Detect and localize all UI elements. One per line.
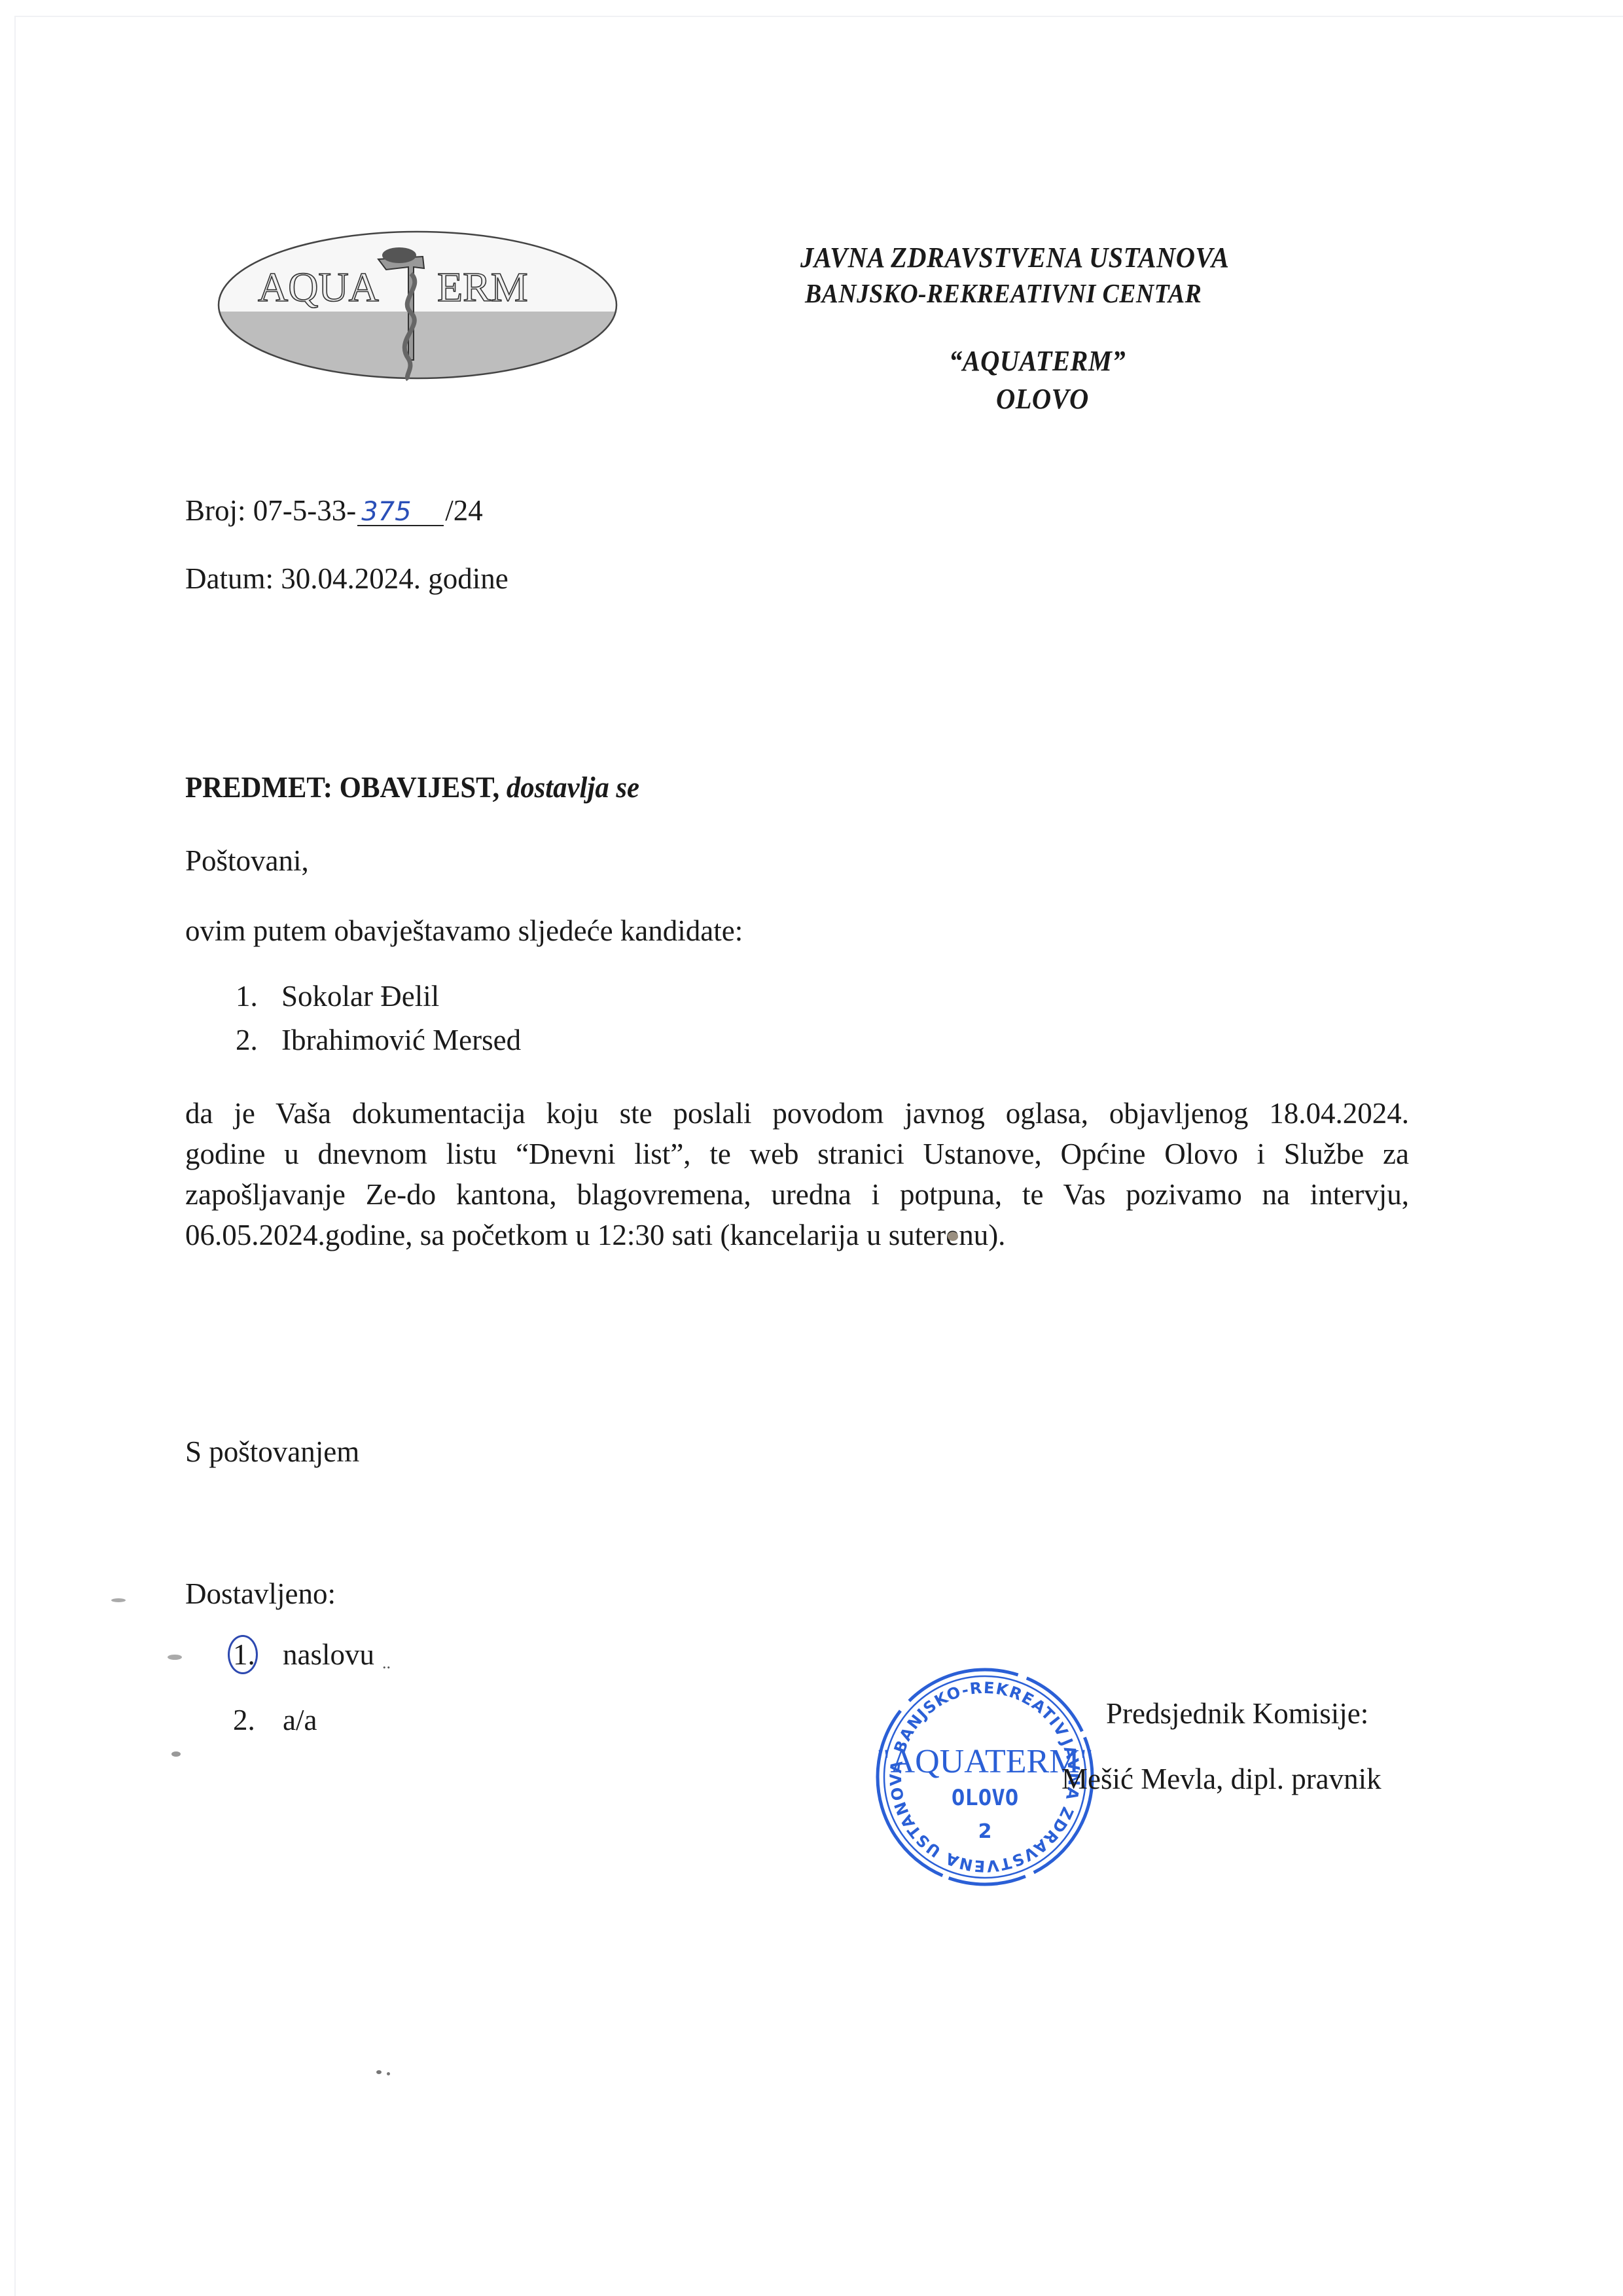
- list-item: 1. naslovu ..: [233, 1640, 391, 1706]
- delivered-label: Dostavljeno:: [185, 1579, 336, 1609]
- institution-line-1: JAVNA ZDRAVSTVENA USTANOVA: [800, 243, 1229, 272]
- reference-label: Broj: 07-5-33-: [185, 494, 356, 527]
- list-number: 2.: [233, 1706, 283, 1735]
- scan-speck: [948, 1232, 958, 1241]
- scan-speck: [387, 2072, 390, 2075]
- reference-number: Broj: 07-5-33-375/24: [185, 496, 483, 526]
- paragraph-line: godine u dnevnom listu “Dnevni list”, te…: [185, 1134, 1409, 1174]
- list-number: 1.: [233, 1640, 283, 1670]
- candidate-name: Sokolar Đelil: [281, 982, 439, 1026]
- list-number: 2.: [236, 1026, 281, 1069]
- list-item: 1. Sokolar Đelil: [236, 982, 521, 1026]
- intro-text: ovim putem obavještavamo sljedeće kandid…: [185, 916, 743, 946]
- candidate-list: 1. Sokolar Đelil 2. Ibrahimović Mersed: [236, 982, 521, 1069]
- stamp-city: OLOVO: [952, 1785, 1018, 1811]
- document-date: Datum: 30.04.2024. godine: [185, 564, 508, 594]
- scan-speck: [376, 2070, 382, 2074]
- paragraph-line: da je Vaša dokumentacija koju ste poslal…: [185, 1093, 1409, 1134]
- closing-text: S poštovanjem: [185, 1437, 359, 1467]
- handwritten-circle-mark: [228, 1635, 258, 1674]
- reference-suffix: /24: [445, 494, 483, 527]
- subject-line: PREDMET: OBAVIJEST, dostavlja se: [185, 772, 639, 802]
- paragraph-line: 06.05.2024.godine, sa početkom u 12:30 s…: [185, 1215, 1409, 1255]
- stamp-center-text: "AQUATERM": [876, 1743, 1093, 1780]
- svg-text:ERM: ERM: [437, 264, 528, 310]
- signatory-title: Predsjednik Komisije:: [1106, 1699, 1368, 1729]
- list-item: 2. a/a: [233, 1706, 391, 1771]
- svg-text:AQUA: AQUA: [258, 264, 379, 310]
- delivered-list: 1. naslovu .. 2. a/a: [233, 1640, 391, 1771]
- institution-city: OLOVO: [996, 385, 1089, 414]
- subject-label: PREDMET: OBAVIJEST,: [185, 770, 499, 804]
- scan-speck: [111, 1598, 126, 1602]
- list-item: 2. Ibrahimović Mersed: [236, 1026, 521, 1069]
- delivered-recipient: a/a: [283, 1706, 317, 1735]
- handwritten-reference-number: 375: [357, 499, 444, 526]
- main-paragraph: da je Vaša dokumentacija koju ste poslal…: [185, 1093, 1409, 1255]
- scan-edge: [0, 0, 14, 2296]
- delivered-recipient: naslovu: [283, 1640, 374, 1670]
- aquaterm-logo: AQUA ERM: [215, 228, 620, 382]
- subject-italic: dostavlja se: [507, 770, 639, 804]
- ellipsis-mark: ..: [382, 1655, 391, 1672]
- paragraph-line: zapošljavanje Ze-do kantona, blagovremen…: [185, 1174, 1409, 1215]
- institution-name: “AQUATERM”: [949, 347, 1126, 376]
- stamp-number: 2: [978, 1820, 992, 1843]
- list-number: 1.: [236, 982, 281, 1026]
- greeting: Poštovani,: [185, 846, 309, 876]
- signatory-name: Mešić Mevla, dipl. pravnik: [1061, 1765, 1382, 1794]
- scan-speck: [171, 1751, 181, 1757]
- candidate-name: Ibrahimović Mersed: [281, 1026, 521, 1069]
- institution-line-2: BANJSKO-REKREATIVNI CENTAR: [805, 280, 1202, 307]
- scan-speck: [168, 1655, 182, 1660]
